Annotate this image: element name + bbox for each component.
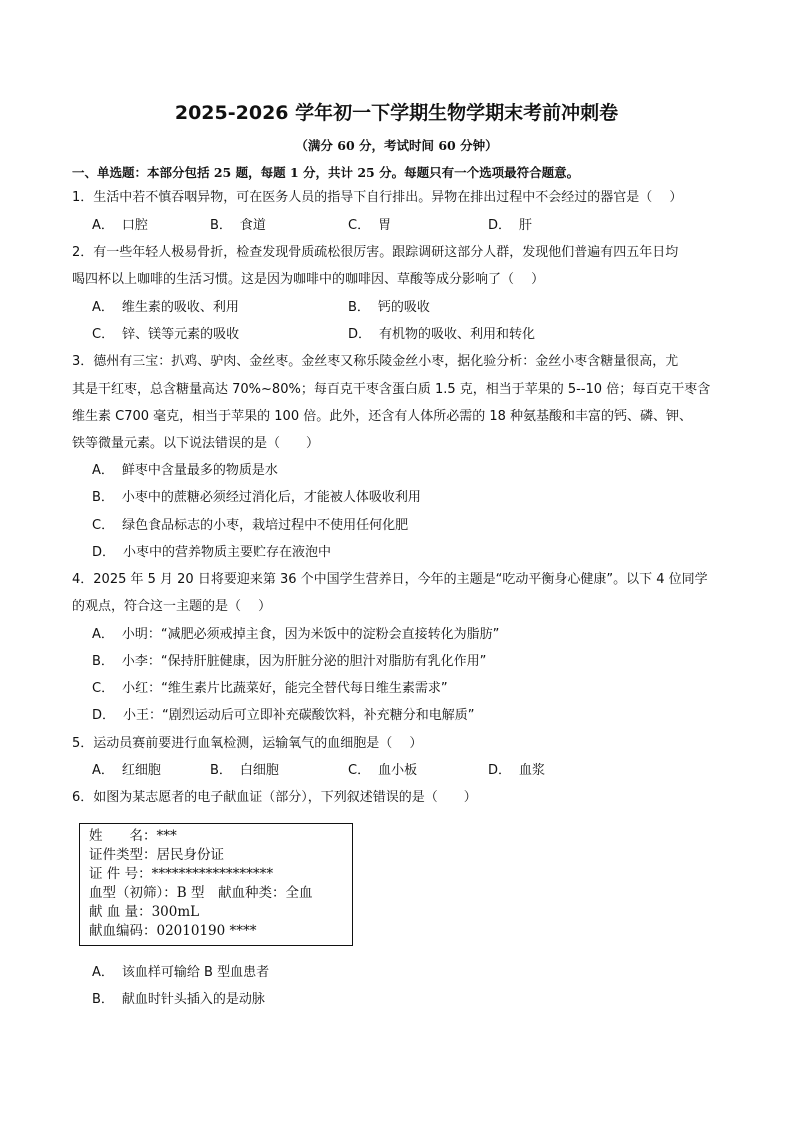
option-text: 鲜枣中含量最多的物质是水	[122, 463, 278, 478]
certificate-row-blood-type: 血型（初筛）：B 型 献血种类：全血	[89, 884, 352, 903]
exam-page: 2025-2026 学年初一下学期生物学期末考前冲刺卷 （满分 60 分，考试时…	[0, 0, 793, 1122]
question-6-option-a[interactable]: A．该血样可输给 B 型血患者	[92, 964, 269, 982]
option-letter: A．	[92, 626, 114, 644]
field-label: 姓 名：	[89, 828, 157, 844]
question-5-option-b[interactable]: B．白细胞	[210, 762, 279, 780]
question-1-option-c[interactable]: C．胃	[348, 217, 391, 235]
question-number: 3．	[72, 353, 93, 371]
question-text: 2025 年 5 月 20 日将要迎来第 36 个中国学生营养日，今年的主题是“…	[93, 572, 707, 587]
field-label: 血型（初筛）：	[89, 885, 177, 901]
question-number: 6．	[72, 789, 93, 807]
field-value: 300mL	[152, 904, 200, 920]
exam-subtitle: （满分 60 分，考试时间 60 分钟）	[0, 136, 793, 154]
question-1-option-a[interactable]: A．口腔	[92, 217, 148, 235]
question-1-option-b[interactable]: B．食道	[210, 217, 266, 235]
option-text: 有机物的吸收、利用和转化	[379, 327, 535, 342]
question-number: 4．	[72, 571, 93, 589]
option-text: 小红：“维生素片比蔬菜好，能完全替代每日维生素需求”	[122, 681, 447, 696]
option-text: 小枣中的营养物质主要贮存在液泡中	[123, 545, 331, 560]
question-text: 有一些年轻人极易骨折，检查发现骨质疏松很厉害。跟踪调研这部分人群，发现他们普遍有…	[93, 245, 678, 260]
question-2-line-1: 2．有一些年轻人极易骨折，检查发现骨质疏松很厉害。跟踪调研这部分人群，发现他们普…	[72, 244, 678, 262]
option-letter: C．	[92, 326, 114, 344]
question-5-option-c[interactable]: C．血小板	[348, 762, 417, 780]
field-label: 证件类型：	[89, 847, 157, 863]
certificate-row-id-type: 证件类型：居民身份证	[89, 846, 352, 865]
question-3-option-d[interactable]: D．小枣中的营养物质主要贮存在液泡中	[92, 544, 331, 562]
option-text: 该血样可输给 B 型血患者	[122, 965, 269, 980]
certificate-row-code: 献血编码：02010190 ****	[89, 922, 352, 941]
question-5-line-1: 5．运动员赛前要进行血氧检测，运输氧气的血细胞是（ ）	[72, 735, 422, 753]
question-2-option-a[interactable]: A．维生素的吸收、利用	[92, 299, 239, 317]
field-value: ***	[157, 828, 177, 844]
question-4-option-d[interactable]: D．小王：“剧烈运动后可立即补充碳酸饮料，补充糖分和电解质”	[92, 707, 475, 725]
question-3-line-2: 其是干红枣，总含糖量高达 70%~80%；每百克干枣含蛋白质 1.5 克，相当于…	[72, 381, 710, 399]
option-text: 绿色食品标志的小枣，栽培过程中不使用任何化肥	[122, 518, 408, 533]
option-letter: A．	[92, 762, 114, 780]
question-4-option-b[interactable]: B．小李：“保持肝脏健康，因为肝脏分泌的胆汁对脂肪有乳化作用”	[92, 653, 486, 671]
option-letter: C．	[348, 217, 370, 235]
question-4-option-a[interactable]: A．小明：“减肥必须戒掉主食，因为米饭中的淀粉会直接转化为脂肪”	[92, 626, 499, 644]
question-number: 2．	[72, 244, 93, 262]
option-letter: B．	[210, 217, 232, 235]
question-6-option-b[interactable]: B．献血时针头插入的是动脉	[92, 991, 265, 1009]
option-letter: B．	[348, 299, 370, 317]
question-number: 1．	[72, 189, 93, 207]
question-2-option-c[interactable]: C．锌、镁等元素的吸收	[92, 326, 239, 344]
blood-donation-certificate: 姓 名：*** 证件类型：居民身份证 证 件 号：***************…	[79, 823, 353, 946]
question-number: 5．	[72, 735, 93, 753]
question-4-line-1: 4．2025 年 5 月 20 日将要迎来第 36 个中国学生营养日，今年的主题…	[72, 571, 708, 589]
question-3-line-1: 3．德州有三宝：扒鸡、驴肉、金丝枣。金丝枣又称乐陵金丝小枣，据化验分析：金丝小枣…	[72, 353, 678, 371]
question-5-option-a[interactable]: A．红细胞	[92, 762, 161, 780]
question-3-option-b[interactable]: B．小枣中的蔗糖必须经过消化后，才能被人体吸收利用	[92, 489, 421, 507]
question-5-option-d[interactable]: D．血浆	[488, 762, 545, 780]
option-text: 血浆	[519, 763, 545, 778]
question-text: 如图为某志愿者的电子献血证（部分），下列叙述错误的是（ ）	[93, 790, 477, 805]
field-label: 献血编码：	[89, 923, 157, 939]
option-text: 小王：“剧烈运动后可立即补充碳酸饮料，补充糖分和电解质”	[123, 708, 474, 723]
option-text: 钙的吸收	[378, 300, 430, 315]
option-text: 维生素的吸收、利用	[122, 300, 239, 315]
option-text: 红细胞	[122, 763, 161, 778]
option-text: 小明：“减肥必须戒掉主食，因为米饭中的淀粉会直接转化为脂肪”	[122, 627, 499, 642]
option-letter: C．	[348, 762, 370, 780]
question-1-line-1: 1．生活中若不慎吞咽异物，可在医务人员的指导下自行排出。异物在排出过程中不会经过…	[72, 189, 682, 207]
option-letter: C．	[92, 517, 114, 535]
question-4-option-c[interactable]: C．小红：“维生素片比蔬菜好，能完全替代每日维生素需求”	[92, 680, 448, 698]
option-text: 小李：“保持肝脏健康，因为肝脏分泌的胆汁对脂肪有乳化作用”	[122, 654, 486, 669]
question-3-option-c[interactable]: C．绿色食品标志的小枣，栽培过程中不使用任何化肥	[92, 517, 408, 535]
option-letter: A．	[92, 964, 114, 982]
option-letter: D．	[92, 707, 115, 725]
question-2-option-d[interactable]: D．有机物的吸收、利用和转化	[348, 326, 535, 344]
question-3-option-a[interactable]: A．鲜枣中含量最多的物质是水	[92, 462, 278, 480]
option-letter: D．	[92, 544, 115, 562]
question-3-line-4: 铁等微量元素。以下说法错误的是（ ）	[72, 435, 319, 453]
option-text: 锌、镁等元素的吸收	[122, 327, 239, 342]
option-letter: B．	[92, 991, 114, 1009]
option-letter: B．	[92, 653, 114, 671]
field-label: 献 血 量：	[89, 904, 152, 920]
question-text: 生活中若不慎吞咽异物，可在医务人员的指导下自行排出。异物在排出过程中不会经过的器…	[93, 190, 682, 205]
option-letter: B．	[92, 489, 114, 507]
option-text: 白细胞	[240, 763, 279, 778]
field-value: 02010190 ****	[157, 923, 257, 939]
field-label: 证 件 号：	[89, 866, 152, 882]
field-value: 居民身份证	[157, 847, 225, 863]
question-2-line-2: 喝四杯以上咖啡的生活习惯。这是因为咖啡中的咖啡因、草酸等成分影响了（ ）	[72, 271, 544, 289]
option-letter: A．	[92, 299, 114, 317]
certificate-row-name: 姓 名：***	[89, 827, 352, 846]
question-1-option-d[interactable]: D．肝	[488, 217, 532, 235]
question-text: 德州有三宝：扒鸡、驴肉、金丝枣。金丝枣又称乐陵金丝小枣，据化验分析：金丝小枣含糖…	[93, 354, 678, 369]
certificate-row-volume: 献 血 量：300mL	[89, 903, 352, 922]
option-letter: A．	[92, 217, 114, 235]
option-letter: B．	[210, 762, 232, 780]
question-4-line-2: 的观点，符合这一主题的是（ ）	[72, 598, 271, 616]
exam-title: 2025-2026 学年初一下学期生物学期末考前冲刺卷	[0, 98, 793, 125]
field-value: B 型 献血种类：全血	[177, 885, 313, 901]
option-letter: D．	[488, 762, 511, 780]
section-heading: 一、单选题：本部分包括 25 题，每题 1 分，共计 25 分。每题只有一个选项…	[72, 163, 579, 181]
option-text: 小枣中的蔗糖必须经过消化后，才能被人体吸收利用	[122, 490, 421, 505]
question-2-option-b[interactable]: B．钙的吸收	[348, 299, 430, 317]
option-text: 口腔	[122, 218, 148, 233]
field-value: ******************	[152, 866, 274, 882]
option-letter: C．	[92, 680, 114, 698]
certificate-row-id-number: 证 件 号：******************	[89, 865, 352, 884]
question-text: 运动员赛前要进行血氧检测，运输氧气的血细胞是（ ）	[93, 736, 422, 751]
option-letter: D．	[488, 217, 511, 235]
option-letter: A．	[92, 462, 114, 480]
option-letter: D．	[348, 326, 371, 344]
option-text: 肝	[519, 218, 532, 233]
question-3-line-3: 维生素 C700 毫克，相当于苹果的 100 倍。此外，还含有人体所必需的 18…	[72, 408, 692, 426]
option-text: 献血时针头插入的是动脉	[122, 992, 265, 1007]
question-6-line-1: 6．如图为某志愿者的电子献血证（部分），下列叙述错误的是（ ）	[72, 789, 477, 807]
option-text: 胃	[378, 218, 391, 233]
option-text: 血小板	[378, 763, 417, 778]
option-text: 食道	[240, 218, 266, 233]
